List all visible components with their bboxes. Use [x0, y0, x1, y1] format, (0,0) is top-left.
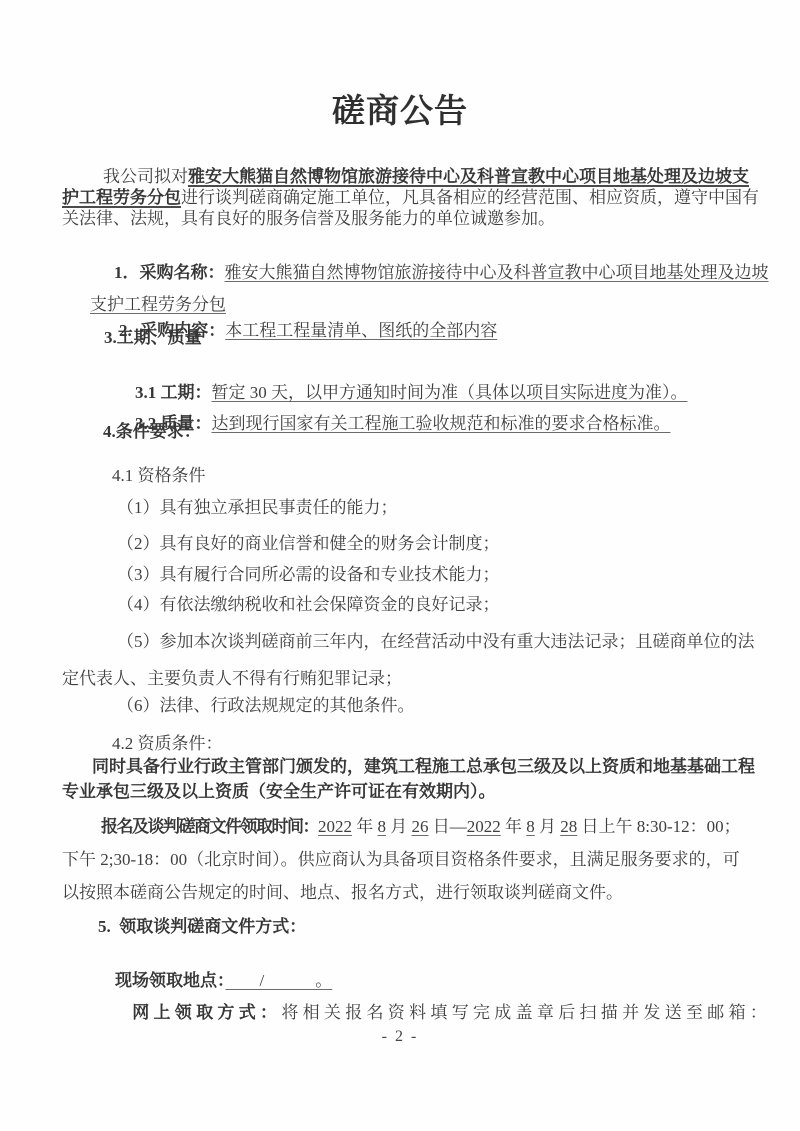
online-label: 网上领取方式： — [132, 1003, 281, 1022]
online-instructions: 将相关报名资料填写完成盖章后扫描并发送至邮箱： — [281, 1003, 771, 1022]
registration-line-2: 下午 2;30-18：00（北京时间）。供应商认为具备项目资格条件要求，且满足服… — [62, 843, 744, 876]
condition-6: （6）法律、行政法规规定的其他条件。 — [117, 695, 415, 717]
condition-5-line-1: （5）参加本次谈判磋商前三年内，在经营活动中没有重大违法记录；且磋商单位的法 — [62, 623, 740, 660]
intro-line-2: 护工程劳务分包进行谈判磋商确定施工单位，凡具备相应的经营范围、相应资质，遵守中国… — [62, 187, 740, 208]
reg-year-end: 2022 — [467, 817, 501, 836]
intro-line-1: 我公司拟对雅安大熊猫自然博物馆旅游接待中心及科普宣教中心项目地基处理及边坡支 — [62, 166, 740, 187]
item4-sub1-heading: 4.1 资格条件 — [112, 465, 206, 487]
reg-year-start: 2022 — [318, 817, 352, 836]
condition-4: （4）有依法缴纳税收和社会保障资金的良好记录； — [117, 594, 500, 616]
intro-body: 进行谈判磋商确定施工单位，凡具备相应的经营范围、相应资质，遵守中国有 — [181, 188, 759, 207]
registration-paragraph: 报名及谈判磋商文件领取时间：2022 年 8 月 26 日—2022 年 8 月… — [62, 810, 744, 909]
registration-line-1: 报名及谈判磋商文件领取时间：2022 年 8 月 26 日—2022 年 8 月… — [62, 810, 744, 843]
item4-sub2-heading: 4.2 资质条件： — [112, 733, 223, 755]
reg-time-range: 日上午 8:30-12：00； — [577, 817, 740, 836]
qualification-paragraph: 同时具备行业行政主管部门颁发的，建筑工程施工总承包三级及以上资质和地基基础工程 … — [62, 754, 740, 804]
reg-day-start: 26 — [412, 817, 429, 836]
qualification-line-2: 专业承包三级及以上资质（安全生产许可证在有效期内）。 — [62, 779, 740, 804]
reg-month-end: 8 — [526, 817, 535, 836]
intro-prefix: 我公司拟对 — [103, 167, 188, 186]
item1-value: 雅安大熊猫自然博物馆旅游接待中心及科普宣教中心项目地基处理及边坡 — [225, 263, 769, 282]
quality-value: 达到现行国家有关工程施工验收规范和标准的要求合格标准。 — [212, 414, 671, 433]
condition-2: （2）具有良好的商业信誉和健全的财务会计制度； — [117, 533, 500, 555]
reg-month-start: 8 — [378, 817, 387, 836]
project-name-bold: 雅安大熊猫自然博物馆旅游接待中心及科普宣教中心项目地基处理及边坡支 — [188, 167, 749, 186]
page-number: - 2 - — [0, 1026, 800, 1048]
qualification-line-1: 同时具备行业行政主管部门颁发的，建筑工程施工总承包三级及以上资质和地基基础工程 — [62, 754, 740, 779]
item2-value: 本工程工程量清单、图纸的全部内容 — [225, 321, 497, 340]
registration-label: 报名及谈判磋商文件领取时间： — [101, 817, 318, 836]
condition-3: （3）具有履行合同所必需的设备和专业技术能力； — [117, 564, 500, 586]
document-page: 磋商公告 我公司拟对雅安大熊猫自然博物馆旅游接待中心及科普宣教中心项目地基处理及… — [0, 0, 800, 1131]
project-name-bold-cont: 护工程劳务分包 — [62, 188, 181, 207]
condition-5-line-2: 定代表人、主要负责人不得有行贿犯罪记录； — [62, 660, 740, 697]
page-title: 磋商公告 — [0, 92, 800, 132]
intro-line-3: 关法律、法规，具有良好的服务信誉及服务能力的单位诚邀参加。 — [62, 208, 740, 229]
item4-heading: 4.条件要求： — [103, 421, 201, 443]
intro-paragraph: 我公司拟对雅安大熊猫自然博物馆旅游接待中心及科普宣教中心项目地基处理及边坡支 护… — [62, 166, 740, 229]
registration-line-3: 以按照本磋商公告规定的时间、地点、报名方式，进行领取谈判磋商文件。 — [62, 876, 744, 909]
item3-heading: 3.工期、质量 — [104, 327, 202, 349]
reg-day-end: 28 — [560, 817, 577, 836]
item5-heading: 5. 领取谈判磋商文件方式： — [98, 916, 306, 938]
condition-1: （1）具有独立承担民事责任的能力； — [117, 497, 398, 519]
condition-5: （5）参加本次谈判磋商前三年内，在经营活动中没有重大违法记录；且磋商单位的法 定… — [62, 623, 740, 697]
